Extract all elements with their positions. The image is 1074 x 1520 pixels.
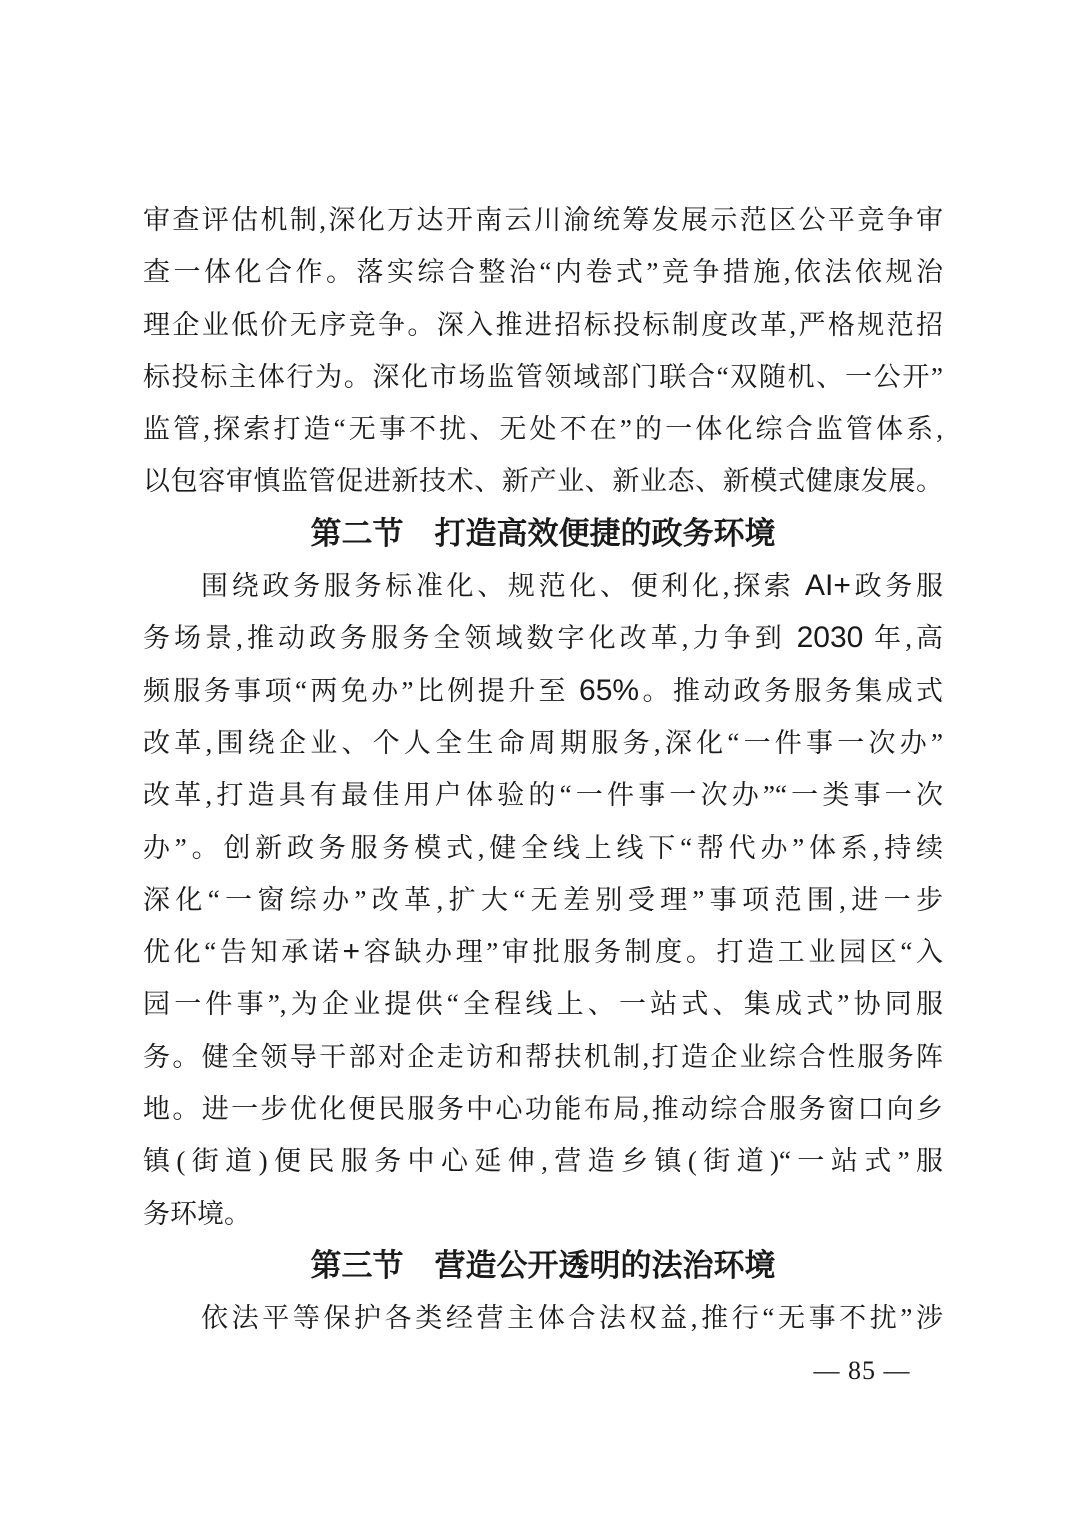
latin-text: + — [343, 935, 361, 968]
text-line: 优化“告知承诺+容缺办理”审批服务制度。打造工业园区“入 — [143, 926, 943, 978]
text-line: 查一体化合作。落实综合整治“内卷式”竞争措施,依法依规治 — [143, 246, 943, 298]
text-line: 以包容审慎监管促进新技术、新产业、新业态、新模式健康发展。 — [143, 455, 943, 507]
text-line: 园一件事”,为企业提供“全程线上、一站式、集成式”协同服 — [143, 978, 943, 1030]
text-line: 改革,打造具有最佳用户体验的“一件事一次办”“一类事一次 — [143, 769, 943, 821]
latin-text: 2030 — [797, 621, 864, 654]
document-page: 审查评估机制,深化万达开南云川渝统筹发展示范区公平竞争审 查一体化合作。落实综合… — [0, 0, 1074, 1520]
text-line: 围绕政务服务标准化、规范化、便利化,探索 AI+政务服 — [143, 560, 943, 612]
text-line: 依法平等保护各类经营主体合法权益,推行“无事不扰”涉 — [143, 1292, 943, 1344]
text-line: 标投标主体行为。深化市场监管领域部门联合“双随机、一公开” — [143, 351, 943, 403]
text-segment: 。推动政务服务集成式 — [639, 676, 943, 706]
text-line: 务场景,推动政务服务全领域数字化改革,力争到 2030 年,高 — [143, 612, 943, 664]
section-heading-2: 第二节 打造高效便捷的政务环境 — [143, 508, 943, 560]
text-segment: 优化“告知承诺 — [143, 937, 343, 967]
text-segment: 年,高 — [863, 623, 943, 653]
text-line: 频服务事项“两免办”比例提升至 65%。推动政务服务集成式 — [143, 665, 943, 717]
text-segment: 容缺办理”审批服务制度。打造工业园区“入 — [360, 937, 943, 967]
text-line: 务。健全领导干部对企走访和帮扶机制,打造企业综合性服务阵 — [143, 1031, 943, 1083]
text-segment: 频服务事项“两免办”比例提升至 — [143, 676, 579, 706]
text-line: 改革,围绕企业、个人全生命周期服务,深化“一件事一次办” — [143, 717, 943, 769]
text-segment: 政务服 — [851, 571, 943, 601]
text-line: 深化“一窗综办”改革,扩大“无差别受理”事项范围,进一步 — [143, 874, 943, 926]
text-line: 审查评估机制,深化万达开南云川渝统筹发展示范区公平竞争审 — [143, 194, 943, 246]
page-number: — 85 — — [806, 1356, 918, 1386]
body-text: 审查评估机制,深化万达开南云川渝统筹发展示范区公平竞争审 查一体化合作。落实综合… — [143, 194, 943, 1345]
text-line: 务环境。 — [143, 1188, 943, 1240]
text-line: 镇(街道)便民服务中心延伸,营造乡镇(街道)“一站式”服 — [143, 1135, 943, 1187]
text-line: 理企业低价无序竞争。深入推进招标投标制度改革,严格规范招 — [143, 299, 943, 351]
text-segment: 围绕政务服务标准化、规范化、便利化,探索 — [201, 571, 805, 601]
latin-text: 65% — [579, 674, 639, 707]
text-line: 办”。创新政务服务模式,健全线上线下“帮代办”体系,持续 — [143, 822, 943, 874]
text-line: 地。进一步优化便民服务中心功能布局,推动综合服务窗口向乡 — [143, 1083, 943, 1135]
latin-text: AI+ — [805, 569, 851, 602]
text-line: 监管,探索打造“无事不扰、无处不在”的一体化综合监管体系, — [143, 403, 943, 455]
section-heading-3: 第三节 营造公开透明的法治环境 — [143, 1240, 943, 1292]
text-segment: 务场景,推动政务服务全领域数字化改革,力争到 — [143, 623, 797, 653]
